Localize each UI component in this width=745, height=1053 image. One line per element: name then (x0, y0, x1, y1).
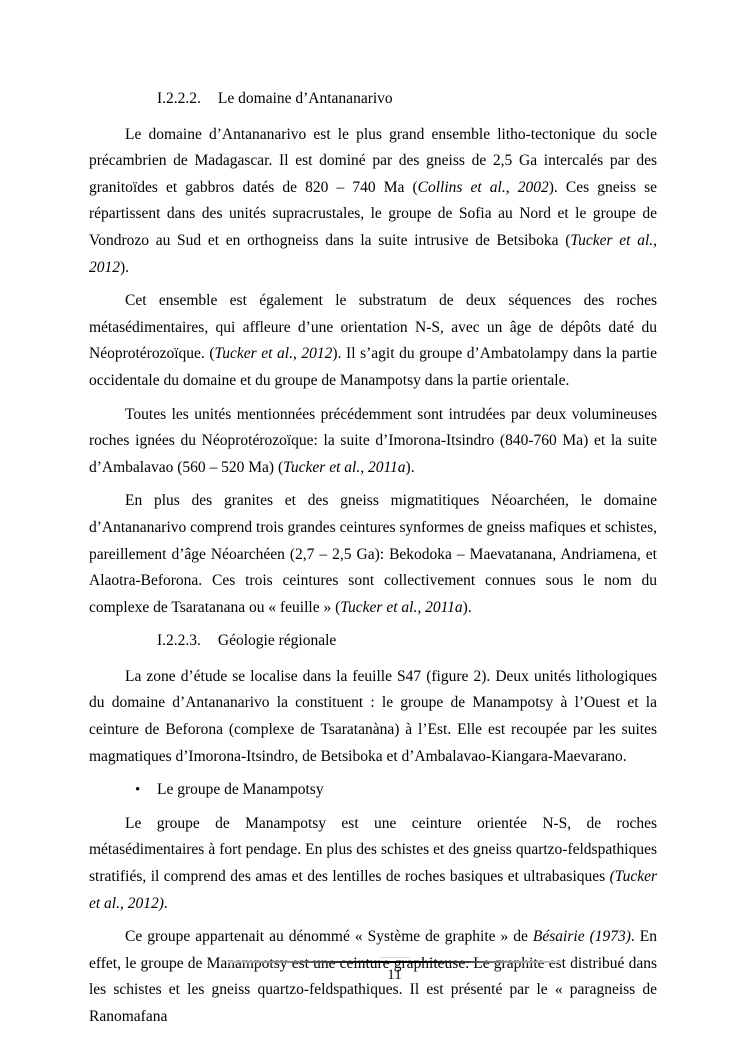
text-run: Le groupe de Manampotsy est une ceinture… (89, 815, 657, 885)
paragraph-domaine-antananarivo-2: Cet ensemble est également le substratum… (89, 288, 657, 394)
text-run: ). (463, 599, 472, 616)
page-footer: 11 (0, 957, 745, 984)
page-number: 11 (228, 966, 562, 984)
heading-number: I.2.2.3. (157, 632, 201, 649)
text-run: Bésairie (1973) (533, 928, 631, 945)
footer-accent-line (380, 957, 410, 958)
text-run: Ce groupe appartenait au dénommé « Systè… (125, 928, 533, 945)
footer-divider-line (228, 961, 562, 963)
text-run: Tucker et al., 2011a (283, 459, 405, 476)
document-content: I.2.2.2.Le domaine d’Antananarivo Le dom… (89, 83, 657, 1038)
text-run: ). (120, 259, 129, 276)
text-run: Tucker et al., 2011a (340, 599, 462, 616)
text-run: Tucker et al., 2012 (215, 345, 333, 362)
section-heading-1-2-2-3: I.2.2.3.Géologie régionale (89, 628, 657, 655)
section-heading-1-2-2-2: I.2.2.2.Le domaine d’Antananarivo (89, 86, 657, 113)
heading-number: I.2.2.2. (157, 90, 201, 107)
text-run: La zone d’étude se localise dans la feui… (89, 668, 657, 765)
paragraph-geologie-regionale-1: La zone d’étude se localise dans la feui… (89, 664, 657, 770)
paragraph-groupe-manampotsy-1: Le groupe de Manampotsy est une ceinture… (89, 811, 657, 917)
paragraph-domaine-antananarivo-1: Le domaine d’Antananarivo est le plus gr… (89, 122, 657, 282)
document-page: I.2.2.2.Le domaine d’Antananarivo Le dom… (0, 0, 745, 1053)
text-run: ). (406, 459, 415, 476)
footer-inner: 11 (228, 957, 562, 984)
heading-title: Le domaine d’Antananarivo (218, 90, 393, 107)
bullet-label: Le groupe de Manampotsy (157, 781, 324, 798)
bullet-item-groupe-manampotsy: •Le groupe de Manampotsy (89, 777, 657, 804)
heading-title: Géologie régionale (218, 632, 336, 649)
paragraph-domaine-antananarivo-4: En plus des granites et des gneiss migma… (89, 488, 657, 621)
text-run: Collins et al., 2002 (418, 179, 549, 196)
text-run: . (164, 895, 168, 912)
paragraph-domaine-antananarivo-3: Toutes les unités mentionnées précédemme… (89, 402, 657, 482)
bullet-icon: • (135, 777, 157, 804)
text-run: En plus des granites et des gneiss migma… (89, 492, 657, 615)
